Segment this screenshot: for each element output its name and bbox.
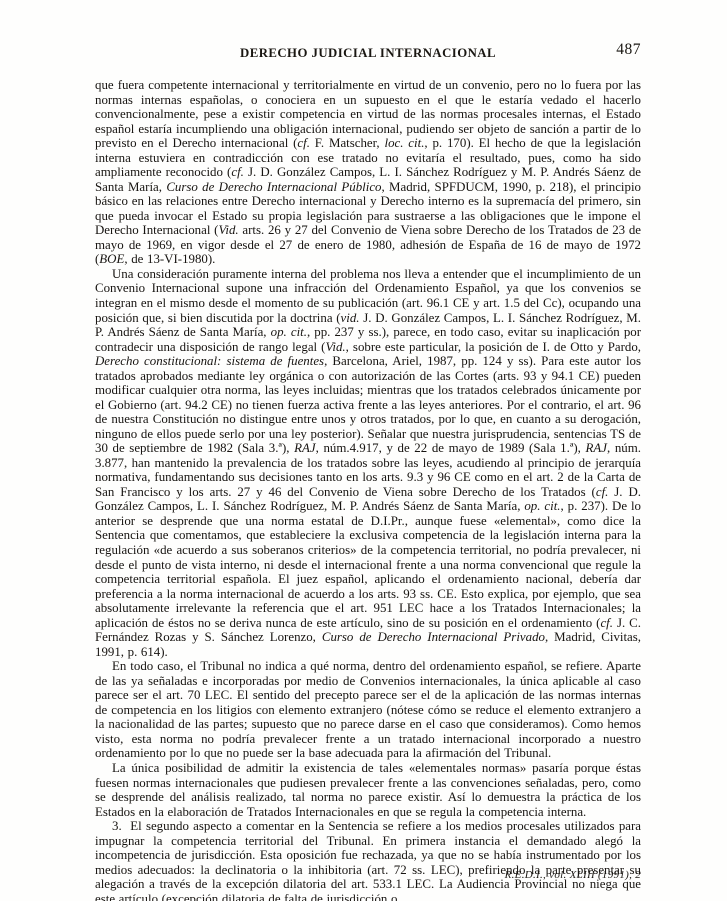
- italic-text-segment: cf.: [596, 485, 609, 499]
- paragraph: 3. El segundo aspecto a comentar en la S…: [95, 819, 641, 901]
- header-title: DERECHO JUDICIAL INTERNACIONAL: [240, 46, 496, 60]
- paragraph: Una consideración puramente interna del …: [95, 267, 641, 659]
- italic-text-segment: op. cit.: [524, 499, 560, 513]
- italic-text-segment: Curso de Derecho Internacional Público: [166, 180, 381, 194]
- italic-text-segment: Vid.: [218, 223, 238, 237]
- italic-text-segment: vid.: [341, 311, 360, 325]
- running-header: DERECHO JUDICIAL INTERNACIONAL 487: [95, 44, 641, 62]
- text-segment: , sobre este particular, la posición de …: [346, 340, 641, 354]
- text-segment: , Barcelona, Ariel, 1987, pp. 124 y ss).…: [95, 354, 641, 455]
- text-segment: La única posibilidad de admitir la exist…: [95, 761, 641, 819]
- page-number: 487: [616, 41, 641, 59]
- document-page: DERECHO JUDICIAL INTERNACIONAL 487 que f…: [0, 0, 727, 901]
- italic-text-segment: cf.: [231, 165, 244, 179]
- running-footer: R.E.D.I., vol. XLIII (1991), 2: [95, 865, 641, 883]
- italic-text-segment: op. cit.: [271, 325, 307, 339]
- italic-text-segment: RAJ: [586, 441, 607, 455]
- footer-citation: R.E.D.I., vol. XLIII (1991), 2: [505, 869, 641, 881]
- italic-text-segment: Vid.: [325, 340, 345, 354]
- italic-text-segment: loc. cit.: [385, 136, 425, 150]
- text-segment: F. Matscher,: [310, 136, 385, 150]
- body-text: que fuera competente internacional y ter…: [95, 78, 641, 901]
- italic-text-segment: RAJ: [294, 441, 315, 455]
- paragraph: que fuera competente internacional y ter…: [95, 78, 641, 267]
- text-segment: 3. El segundo aspecto a comentar en la S…: [95, 819, 641, 901]
- text-segment: , núm.4.917, y de 22 de mayo de 1989 (Sa…: [316, 441, 586, 455]
- italic-text-segment: cf.: [297, 136, 310, 150]
- italic-text-segment: cf.: [600, 616, 613, 630]
- italic-text-segment: Curso de Derecho Internacional Privado: [322, 630, 545, 644]
- text-segment: En todo caso, el Tribunal no indica a qu…: [95, 659, 641, 760]
- text-segment: , p. 237). De lo anterior se desprende q…: [95, 499, 641, 629]
- paragraph: La única posibilidad de admitir la exist…: [95, 761, 641, 819]
- italic-text-segment: BOE: [99, 252, 124, 266]
- paragraph: En todo caso, el Tribunal no indica a qu…: [95, 659, 641, 761]
- text-segment: , de 13-VI-1980).: [124, 252, 215, 266]
- italic-text-segment: Derecho constitucional: sistema de fuent…: [95, 354, 324, 368]
